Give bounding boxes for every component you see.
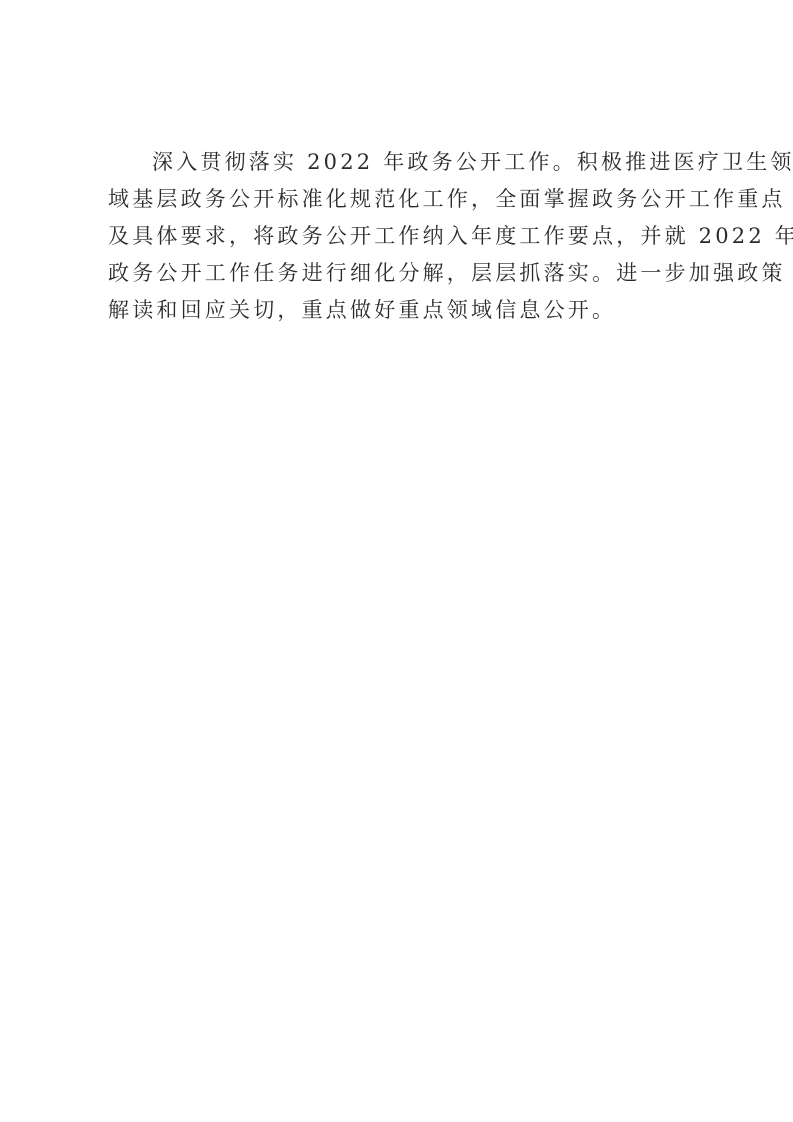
paragraph-line-5: 解读和回应关切，重点做好重点领域信息公开。: [108, 292, 694, 329]
paragraph-line-4: 政务公开工作任务进行细化分解，层层抓落实。进一步加强政策: [108, 255, 694, 292]
paragraph-line-3: 及具体要求，将政务公开工作纳入年度工作要点，并就 2022 年: [108, 218, 694, 255]
document-page: 深入贯彻落实 2022 年政务公开工作。积极推进医疗卫生领 域基层政务公开标准化…: [0, 0, 793, 1122]
paragraph-line-2: 域基层政务公开标准化规范化工作，全面掌握政务公开工作重点: [108, 181, 694, 218]
paragraph-line-1: 深入贯彻落实 2022 年政务公开工作。积极推进医疗卫生领: [108, 144, 694, 181]
body-paragraph: 深入贯彻落实 2022 年政务公开工作。积极推进医疗卫生领 域基层政务公开标准化…: [108, 144, 694, 329]
